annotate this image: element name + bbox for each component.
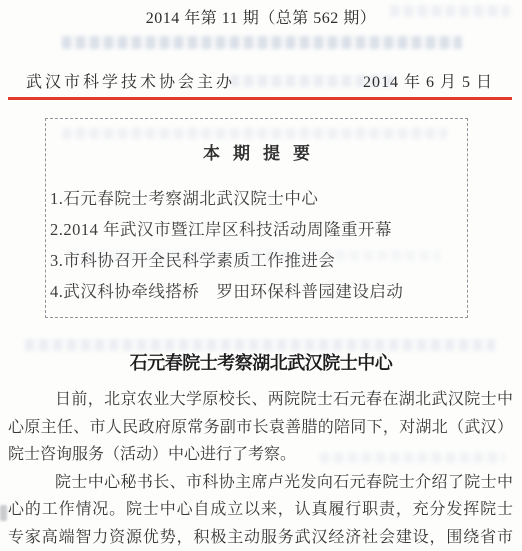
scan-edge-mark xyxy=(0,505,7,521)
summary-item: 2.2014 年武汉市暨江岸区科技活动周隆重开幕 xyxy=(50,214,467,245)
issue-number-line: 2014 年第 11 期（总第 562 期） xyxy=(0,9,522,29)
article-title: 石元春院士考察湖北武汉院士中心 xyxy=(0,351,522,375)
newsletter-page: 2014 年第 11 期（总第 562 期） 武汉市科学技术协会主办 2014 … xyxy=(0,0,522,551)
article-line: 专家高端智力资源优势，积极主动服务武汉经济社会建设，围绕省市 xyxy=(8,524,513,551)
summary-item: 4.武汉科协牵线搭桥 罗田环保科普园建设启动 xyxy=(50,276,467,307)
summary-item: 1.石元春院士考察湖北武汉院士中心 xyxy=(50,183,467,214)
masthead-row: 武汉市科学技术协会主办 2014 年 6 月 5 日 xyxy=(26,72,493,94)
article-line: 院士咨询服务（活动）中心进行了考察。 xyxy=(8,441,513,469)
summary-box: 本期提要 1.石元春院士考察湖北武汉院士中心 2.2014 年武汉市暨江岸区科技… xyxy=(45,118,468,318)
summary-item: 3.市科协召开全民科学素质工作推进会 xyxy=(50,245,467,276)
bleedthrough-artifact xyxy=(25,339,495,351)
issue-date: 2014 年 6 月 5 日 xyxy=(363,72,493,94)
summary-list: 1.石元春院士考察湖北武汉院士中心 2.2014 年武汉市暨江岸区科技活动周隆重… xyxy=(46,183,467,307)
bleedthrough-artifact xyxy=(62,36,462,49)
article-line: 心的工作情况。院士中心自成立以来，认真履行职责，充分发挥院士 xyxy=(8,496,513,524)
publisher-name: 武汉市科学技术协会主办 xyxy=(26,72,235,94)
article-line: 心原主任、市人民政府原常务副市长袁善腊的陪同下，对湖北（武汉） xyxy=(8,414,513,442)
article-body: 日前，北京农业大学原校长、两院院士石元春在湖北武汉院士中 心原主任、市人民政府原… xyxy=(8,386,513,551)
article-line: 日前，北京农业大学原校长、两院院士石元春在湖北武汉院士中 xyxy=(8,386,513,414)
article-line: 院士中心秘书长、市科协主席卢光发向石元春院士介绍了院士中 xyxy=(8,469,513,497)
masthead-rule xyxy=(8,97,512,100)
summary-title: 本期提要 xyxy=(46,144,467,164)
